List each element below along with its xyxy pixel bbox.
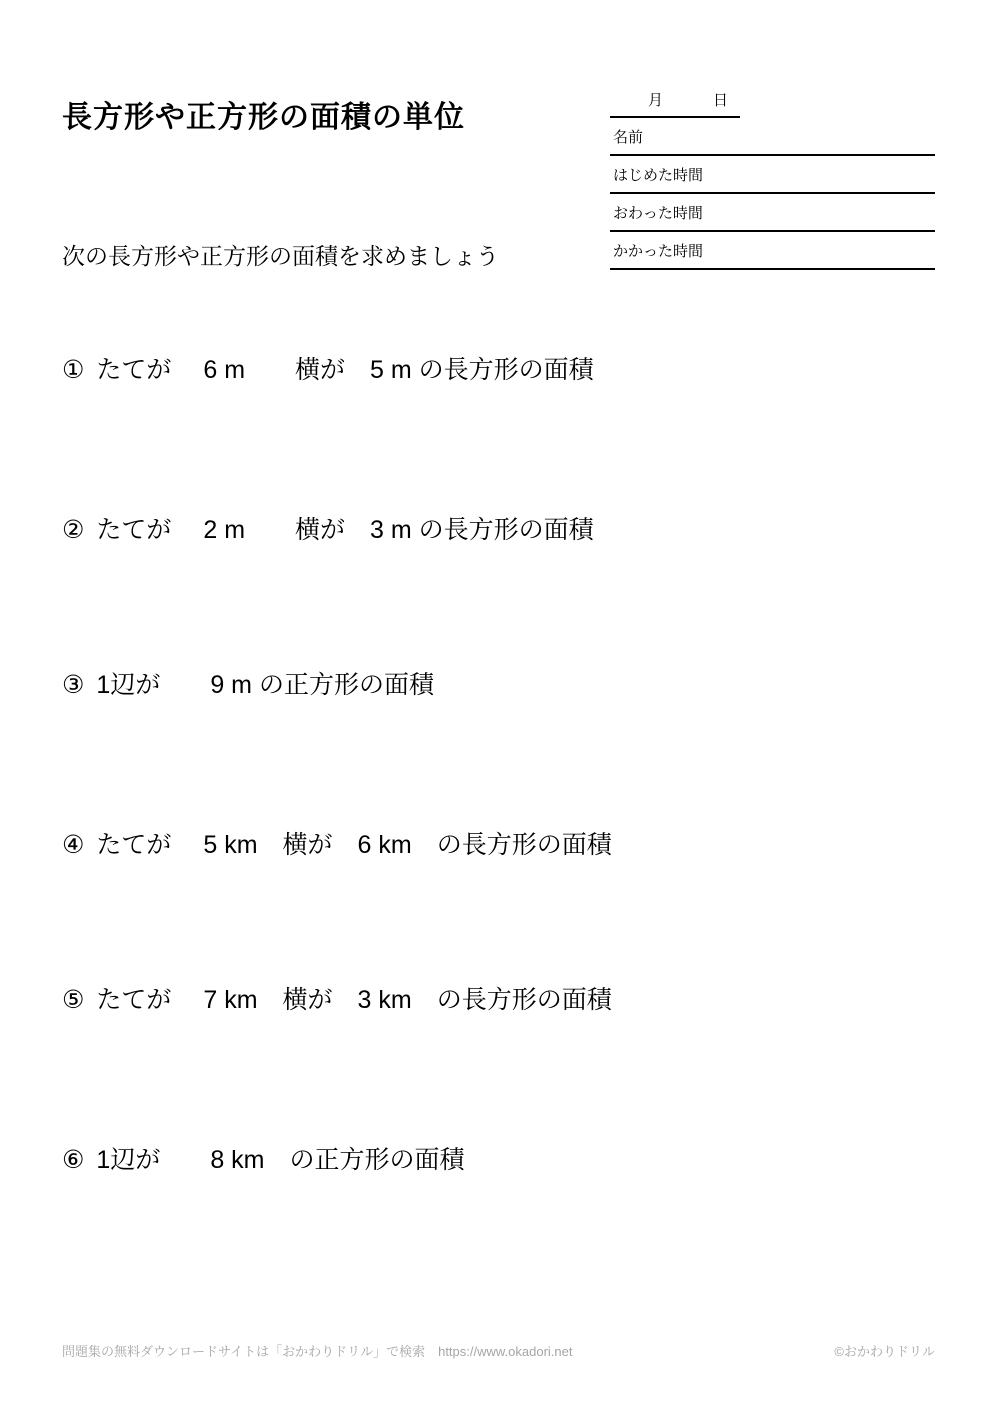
problem-6-number: ⑥ — [62, 1146, 84, 1174]
problem-5-number: ⑤ — [62, 986, 84, 1014]
day-label: 日 — [713, 89, 728, 110]
problem-2-number: ② — [62, 516, 84, 544]
end-time-field-label: おわった時間 — [613, 202, 703, 223]
elapsed-time-field-label: かかった時間 — [613, 240, 703, 261]
problem-1-number: ① — [62, 356, 84, 384]
problem-4-number: ④ — [62, 831, 84, 859]
instruction-text: 次の長方形や正方形の面積を求めましょう — [62, 238, 499, 271]
month-label: 月 — [648, 89, 663, 110]
end-time-field-value — [703, 194, 935, 230]
footer-site-info: 問題集の無料ダウンロードサイトは「おかわりドリル」で検索 https://www… — [62, 1341, 573, 1360]
problem-1: ①たてが 6 m 横が 5 m の長方形の面積 — [62, 354, 594, 386]
student-info-form: 月 日 名前 はじめた時間 おわった時間 かかった時間 — [610, 80, 935, 270]
problem-6-text: 1辺が 8 km の正方形の面積 — [96, 1146, 464, 1174]
problem-1-text: たてが 6 m 横が 5 m の長方形の面積 — [96, 356, 593, 384]
date-row: 月 日 — [610, 80, 740, 118]
page-title: 長方形や正方形の面積の単位 — [62, 92, 465, 136]
problem-3: ③1辺が 9 m の正方形の面積 — [62, 669, 434, 701]
problem-2: ②たてが 2 m 横が 3 m の長方形の面積 — [62, 514, 594, 546]
name-field-row: 名前 — [610, 118, 935, 156]
problem-3-text: 1辺が 9 m の正方形の面積 — [96, 671, 434, 699]
footer-copyright: ©おかわりドリル — [834, 1341, 935, 1360]
problem-4-text: たてが 5 km 横が 6 km の長方形の面積 — [96, 831, 611, 859]
elapsed-time-field-row: かかった時間 — [610, 232, 935, 270]
problem-2-text: たてが 2 m 横が 3 m の長方形の面積 — [96, 516, 593, 544]
problem-4: ④たてが 5 km 横が 6 km の長方形の面積 — [62, 829, 612, 861]
worksheet-page: 長方形や正方形の面積の単位 月 日 名前 はじめた時間 おわった時間 かかった時… — [0, 0, 1000, 1415]
start-time-field-row: はじめた時間 — [610, 156, 935, 194]
problem-5: ⑤たてが 7 km 横が 3 km の長方形の面積 — [62, 984, 612, 1016]
elapsed-time-field-value — [703, 232, 935, 268]
name-field-value — [643, 118, 935, 154]
start-time-field-value — [703, 156, 935, 192]
problem-5-text: たてが 7 km 横が 3 km の長方形の面積 — [96, 986, 611, 1014]
page-footer: 問題集の無料ダウンロードサイトは「おかわりドリル」で検索 https://www… — [62, 1341, 935, 1360]
start-time-field-label: はじめた時間 — [613, 164, 703, 185]
name-field-label: 名前 — [613, 126, 643, 147]
problem-6: ⑥1辺が 8 km の正方形の面積 — [62, 1144, 465, 1176]
problem-3-number: ③ — [62, 671, 84, 699]
end-time-field-row: おわった時間 — [610, 194, 935, 232]
